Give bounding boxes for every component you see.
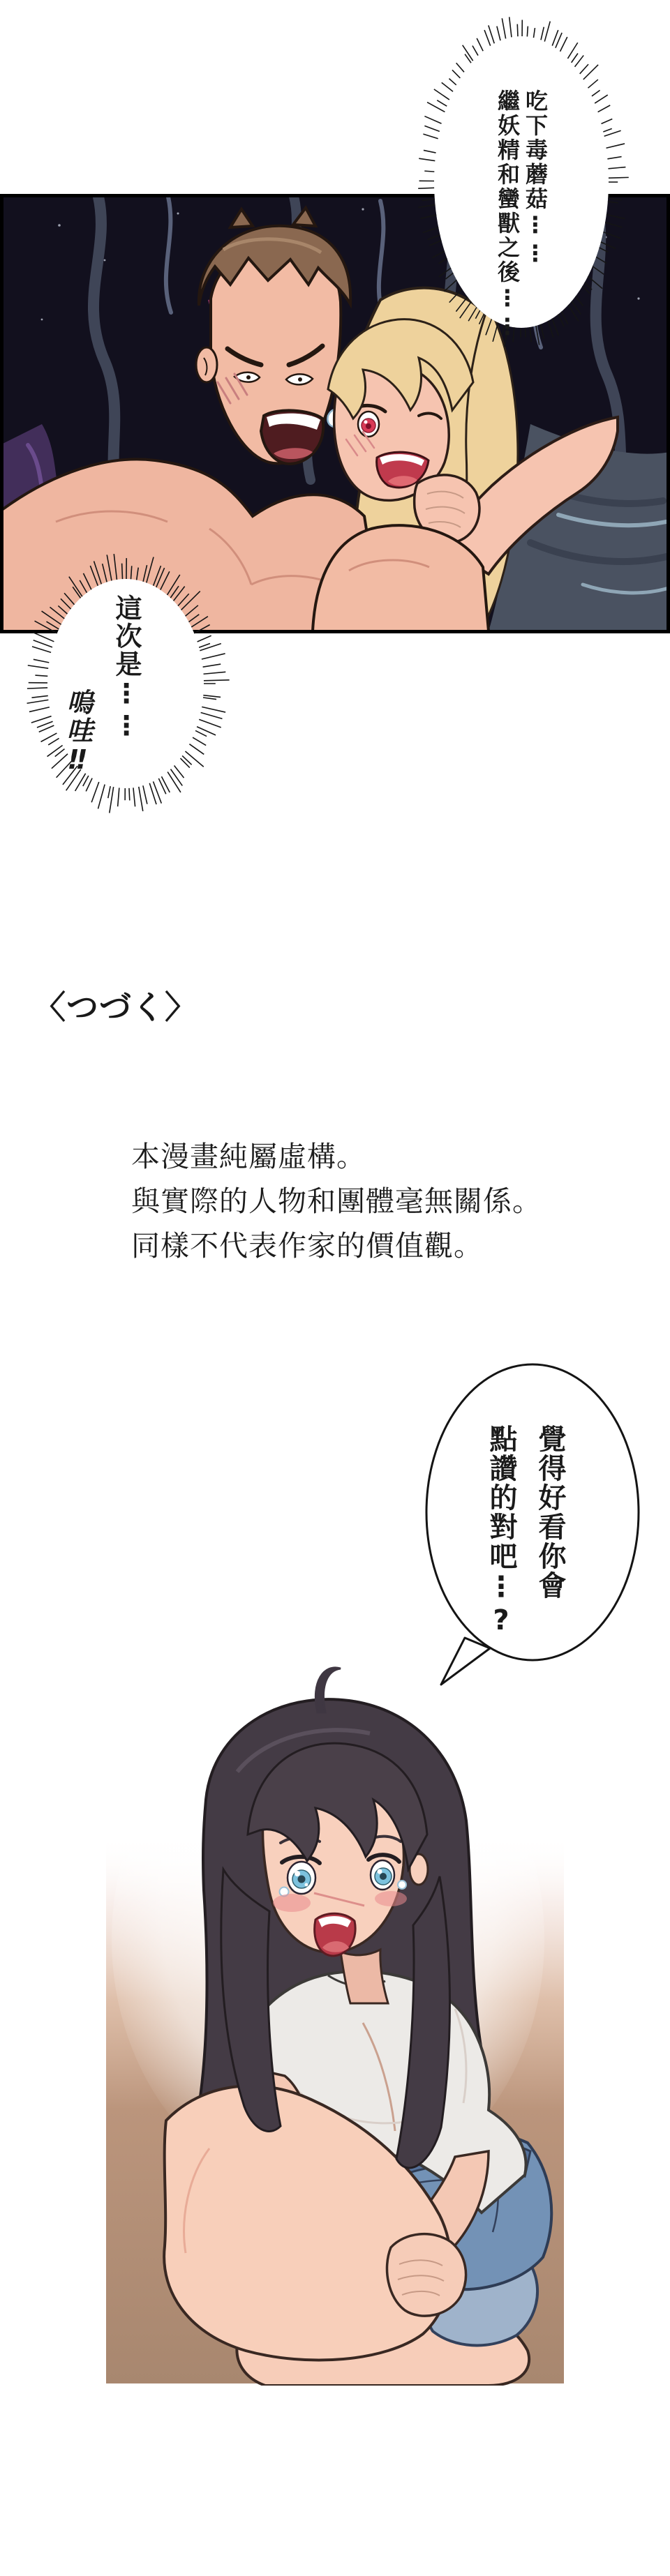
bubble-text-column: 覺得好看你會 (526, 1424, 574, 1641)
bubble-text-column: 吃下毒蘑菇⋮⋮ (521, 89, 549, 347)
bubble-text-column: 這次是⋮⋮ (102, 594, 151, 804)
disclaimer-text: 本漫畫純屬虛構。 與實際的人物和團體毫無關係。 同樣不代表作家的價值觀。 (131, 1134, 542, 1268)
bubble-text-column: 繼妖精和蠻獸之後⋮⋮ (493, 89, 521, 347)
to-be-continued-text: 〈つづく〉 (33, 982, 198, 1028)
disclaimer-line: 與實際的人物和團體毫無關係。 (131, 1179, 542, 1223)
speech-bubble-top-right: 吃下毒蘑菇⋮⋮ 繼妖精和蠻獸之後⋮⋮ (406, 8, 636, 356)
bubble-text-column: 嗚哇‼ (53, 688, 102, 804)
bubble-text: 吃下毒蘑菇⋮⋮ 繼妖精和蠻獸之後⋮⋮ (493, 89, 549, 347)
bubble-text-column: 點讚的對吧⋮? (477, 1424, 526, 1641)
webtoon-page: 吃下毒蘑菇⋮⋮ 繼妖精和蠻獸之後⋮⋮ 這次是⋮⋮ 嗚哇‼ 〈つづく〉 本漫畫純屬… (0, 0, 670, 2576)
girl-artwork (0, 1660, 670, 2386)
bubble-text: 覺得好看你會 點讚的對吧⋮? (477, 1424, 574, 1641)
speech-bubble-outro: 覺得好看你會 點讚的對吧⋮? (415, 1353, 660, 1702)
disclaimer-line: 本漫畫純屬虛構。 (131, 1134, 542, 1179)
outro-illustration (0, 1660, 670, 2386)
disclaimer-line: 同樣不代表作家的價值觀。 (131, 1223, 542, 1268)
bubble-text: 這次是⋮⋮ 嗚哇‼ (53, 594, 151, 804)
speech-bubble-bottom-left: 這次是⋮⋮ 嗚哇‼ (20, 551, 232, 816)
